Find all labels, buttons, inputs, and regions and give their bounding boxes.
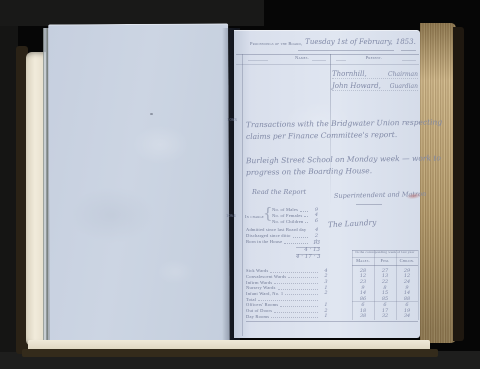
week-column-header: Males.	[352, 259, 374, 264]
attendee-name: Thornhill,	[332, 71, 367, 78]
attendee-role: Guardian	[390, 84, 418, 90]
ward-row: Day Rooms 1 38 32 34	[246, 314, 418, 320]
header-dash-3	[336, 60, 346, 61]
rule-top	[236, 54, 419, 55]
charge-row-value: 6	[310, 219, 318, 224]
dotted-leader	[280, 306, 318, 307]
book-photo-stage: Proceedings of the Board, Tuesday 1st of…	[0, 0, 480, 369]
dotted-leader	[278, 289, 318, 290]
sum-row: 4 · 13	[296, 247, 320, 254]
book-cover-right-edge	[453, 27, 464, 341]
week-table-rule-under	[352, 265, 418, 266]
dotted-leader	[270, 272, 318, 273]
fore-edge-page-block	[420, 23, 456, 343]
week-table-title: In the corresponding week of last year	[352, 251, 418, 255]
background-top-left	[0, 0, 264, 26]
attendee-role: Chairman	[388, 72, 418, 78]
entry-1-line-2: claims per Finance Committee's report.	[246, 131, 396, 141]
ward-label: Convalescent Wards	[246, 275, 286, 280]
charge-row-label: No. of Females	[272, 214, 302, 219]
printed-header: Proceedings of the Board,	[250, 42, 302, 47]
page-header: Proceedings of the Board, Tuesday 1st of…	[250, 39, 418, 46]
week-table-vline-4	[418, 250, 419, 320]
charge-row: No. of Males 9	[272, 207, 318, 213]
attendee-list: Thornhill, Chairman John Howard, Guardia…	[332, 67, 418, 91]
charge-row-label: No. of Males	[272, 208, 298, 213]
sum-row: 4 · 17 · 3	[296, 254, 320, 261]
ward-label: Infant Ward, No. 1	[246, 292, 283, 297]
margin-number-2: 1064	[226, 214, 236, 219]
movement-row-label: Born in the House	[246, 240, 282, 245]
dotted-leader	[300, 211, 308, 212]
report-underline	[356, 204, 382, 205]
ward-label: Sick Wards	[246, 269, 268, 274]
paper-speck	[150, 113, 153, 115]
dotted-leader	[274, 283, 318, 284]
header-dash-4	[402, 60, 416, 61]
week-column-header: Fem.	[374, 259, 396, 264]
left-blank-page	[48, 24, 230, 343]
charge-group-label: In charge	[245, 215, 264, 220]
header-dash-2	[312, 60, 326, 61]
rule-center-vertical	[330, 54, 331, 204]
header-date-script: Tuesday 1st of February,	[305, 39, 393, 46]
dotted-leader	[271, 317, 318, 318]
attendee-row: Thornhill, Chairman	[332, 67, 418, 79]
report-note-left: Read the Report	[252, 189, 306, 196]
week-column-header: Childn.	[396, 259, 418, 264]
ward-house-count: 1	[320, 314, 332, 319]
dotted-leader	[274, 312, 318, 313]
entry-2-line-2: progress on the Boarding House.	[246, 167, 376, 176]
sum-stack: 134 · 134 · 17 · 3	[296, 241, 320, 261]
table-rule-bottom	[246, 321, 418, 322]
book-cover-bottom-edge	[22, 349, 438, 357]
dotted-leader	[293, 237, 308, 238]
rule-under-headers	[236, 64, 419, 65]
ward-label: Out of Doors	[246, 309, 272, 314]
dotted-leader	[305, 222, 308, 223]
dotted-leader	[304, 216, 308, 217]
charge-row: No. of Children 6	[272, 218, 318, 224]
movement-row-label: Admitted since last Board day	[246, 228, 306, 233]
header-underline-2	[401, 50, 416, 51]
ward-males-count: 38	[352, 314, 374, 319]
attendee-name: John Howard,	[332, 83, 381, 90]
header-dash-1	[248, 60, 268, 61]
column-header-present: Present.	[346, 56, 402, 61]
ward-house-count: 2	[320, 291, 332, 296]
header-underline-1	[298, 50, 394, 51]
dotted-leader	[258, 300, 318, 301]
dotted-leader	[285, 294, 318, 295]
charge-row: No. of Females 4	[272, 213, 318, 219]
ward-females-count: 32	[374, 314, 396, 319]
charge-row-label: No. of Children	[272, 220, 303, 225]
week-table-columns: Males.Fem.Childn.	[352, 259, 418, 264]
movement-row-label: Discharged since ditto	[246, 234, 291, 239]
margin-number-1: 1063	[227, 118, 237, 123]
ward-table: Sick Wards 4 28 27 29 Convalescent Wards…	[246, 268, 418, 319]
charge-rows: No. of Males 9 No. of Females 4 No. of C…	[272, 207, 318, 224]
ward-children-count: 34	[396, 314, 418, 319]
ward-label: Day Rooms	[246, 315, 269, 320]
header-year: 1853.	[396, 39, 416, 46]
rule-margin-vertical	[242, 54, 243, 336]
attendee-row: John Howard, Guardian	[332, 79, 418, 91]
dotted-leader	[288, 277, 318, 278]
